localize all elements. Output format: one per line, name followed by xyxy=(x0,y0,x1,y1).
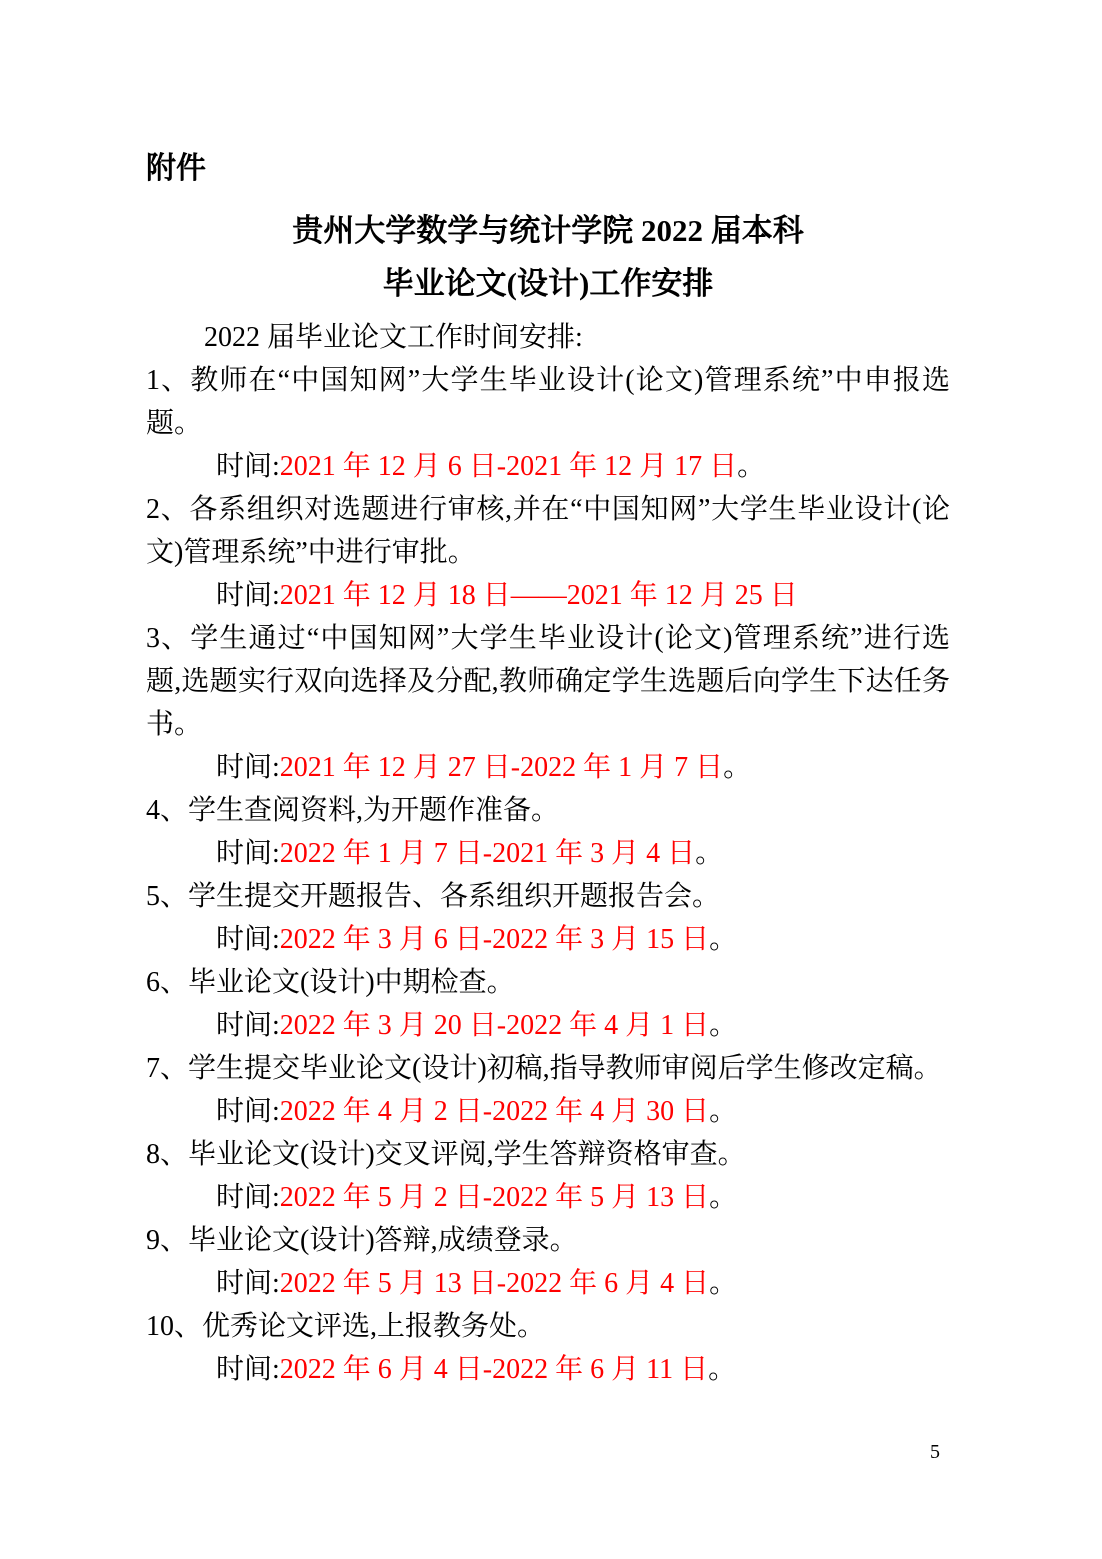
schedule-item-text: 5、学生提交开题报告、各系组织开题报告会。 xyxy=(146,875,950,918)
schedule-item-text: 4、学生查阅资料,为开题作准备。 xyxy=(146,789,950,832)
schedule-item-text: 7、学生提交毕业论文(设计)初稿,指导教师审阅后学生修改定稿。 xyxy=(146,1047,950,1090)
time-suffix: 。 xyxy=(709,1268,737,1299)
schedule-item-time: 时间:2022 年 4 月 2 日-2022 年 4 月 30 日。 xyxy=(146,1090,950,1133)
schedule-item-text: 10、优秀论文评选,上报教务处。 xyxy=(146,1305,950,1348)
time-suffix: 。 xyxy=(723,752,751,783)
time-value: 2021 年 12 月 18 日——2021 年 12 月 25 日 xyxy=(280,580,798,611)
time-value: 2022 年 6 月 4 日-2022 年 6 月 11 日 xyxy=(280,1354,708,1385)
schedule-item-time: 时间:2021 年 12 月 18 日——2021 年 12 月 25 日 xyxy=(146,574,950,617)
time-value: 2021 年 12 月 6 日-2021 年 12 月 17 日 xyxy=(280,451,737,482)
time-label: 时间: xyxy=(216,1182,280,1213)
schedule-item-time: 时间:2021 年 12 月 6 日-2021 年 12 月 17 日。 xyxy=(146,445,950,488)
document-title-line2: 毕业论文(设计)工作安排 xyxy=(146,257,950,310)
page-number: 5 xyxy=(930,1440,940,1464)
schedule-item-text: 6、毕业论文(设计)中期检查。 xyxy=(146,961,950,1004)
time-suffix: 。 xyxy=(695,838,723,869)
time-suffix: 。 xyxy=(709,1010,737,1041)
schedule-item-time: 时间:2022 年 1 月 7 日-2021 年 3 月 4 日。 xyxy=(146,832,950,875)
schedule-item-time: 时间:2022 年 3 月 20 日-2022 年 4 月 1 日。 xyxy=(146,1004,950,1047)
time-suffix: 。 xyxy=(709,924,737,955)
time-value: 2022 年 4 月 2 日-2022 年 4 月 30 日 xyxy=(280,1096,709,1127)
time-label: 时间: xyxy=(216,1096,280,1127)
schedule-item-time: 时间:2022 年 5 月 13 日-2022 年 6 月 4 日。 xyxy=(146,1262,950,1305)
schedule-item-time: 时间:2022 年 6 月 4 日-2022 年 6 月 11 日。 xyxy=(146,1348,950,1391)
time-suffix: 。 xyxy=(709,1096,737,1127)
time-value: 2021 年 12 月 27 日-2022 年 1 月 7 日 xyxy=(280,752,723,783)
time-label: 时间: xyxy=(216,752,280,783)
schedule-item-text: 8、毕业论文(设计)交叉评阅,学生答辩资格审查。 xyxy=(146,1133,950,1176)
schedule-item-text: 3、学生通过“中国知网”大学生毕业设计(论文)管理系统”进行选题,选题实行双向选… xyxy=(146,617,950,746)
time-value: 2022 年 3 月 20 日-2022 年 4 月 1 日 xyxy=(280,1010,709,1041)
schedule-list: 1、教师在“中国知网”大学生毕业设计(论文)管理系统”中申报选题。时间:2021… xyxy=(146,359,950,1391)
time-label: 时间: xyxy=(216,580,280,611)
time-label: 时间: xyxy=(216,1354,280,1385)
intro-line: 2022 届毕业论文工作时间安排: xyxy=(146,316,950,359)
time-value: 2022 年 5 月 13 日-2022 年 6 月 4 日 xyxy=(280,1268,709,1299)
time-value: 2022 年 5 月 2 日-2022 年 5 月 13 日 xyxy=(280,1182,709,1213)
attachment-label: 附件 xyxy=(146,147,950,190)
schedule-item-text: 2、各系组织对选题进行审核,并在“中国知网”大学生毕业设计(论文)管理系统”中进… xyxy=(146,488,950,574)
schedule-item-time: 时间:2021 年 12 月 27 日-2022 年 1 月 7 日。 xyxy=(146,746,950,789)
time-label: 时间: xyxy=(216,838,280,869)
time-label: 时间: xyxy=(216,1010,280,1041)
schedule-item-time: 时间:2022 年 5 月 2 日-2022 年 5 月 13 日。 xyxy=(146,1176,950,1219)
time-suffix: 。 xyxy=(709,1182,737,1213)
time-value: 2022 年 1 月 7 日-2021 年 3 月 4 日 xyxy=(280,838,695,869)
time-value: 2022 年 3 月 6 日-2022 年 3 月 15 日 xyxy=(280,924,709,955)
schedule-item-text: 9、毕业论文(设计)答辩,成绩登录。 xyxy=(146,1219,950,1262)
time-suffix: 。 xyxy=(737,451,765,482)
time-label: 时间: xyxy=(216,451,280,482)
time-label: 时间: xyxy=(216,1268,280,1299)
document-page: 附件 贵州大学数学与统计学院 2022 届本科 毕业论文(设计)工作安排 202… xyxy=(0,0,1102,1559)
schedule-item-text: 1、教师在“中国知网”大学生毕业设计(论文)管理系统”中申报选题。 xyxy=(146,359,950,445)
document-title-line1: 贵州大学数学与统计学院 2022 届本科 xyxy=(146,204,950,257)
schedule-item-time: 时间:2022 年 3 月 6 日-2022 年 3 月 15 日。 xyxy=(146,918,950,961)
time-label: 时间: xyxy=(216,924,280,955)
time-suffix: 。 xyxy=(708,1354,736,1385)
